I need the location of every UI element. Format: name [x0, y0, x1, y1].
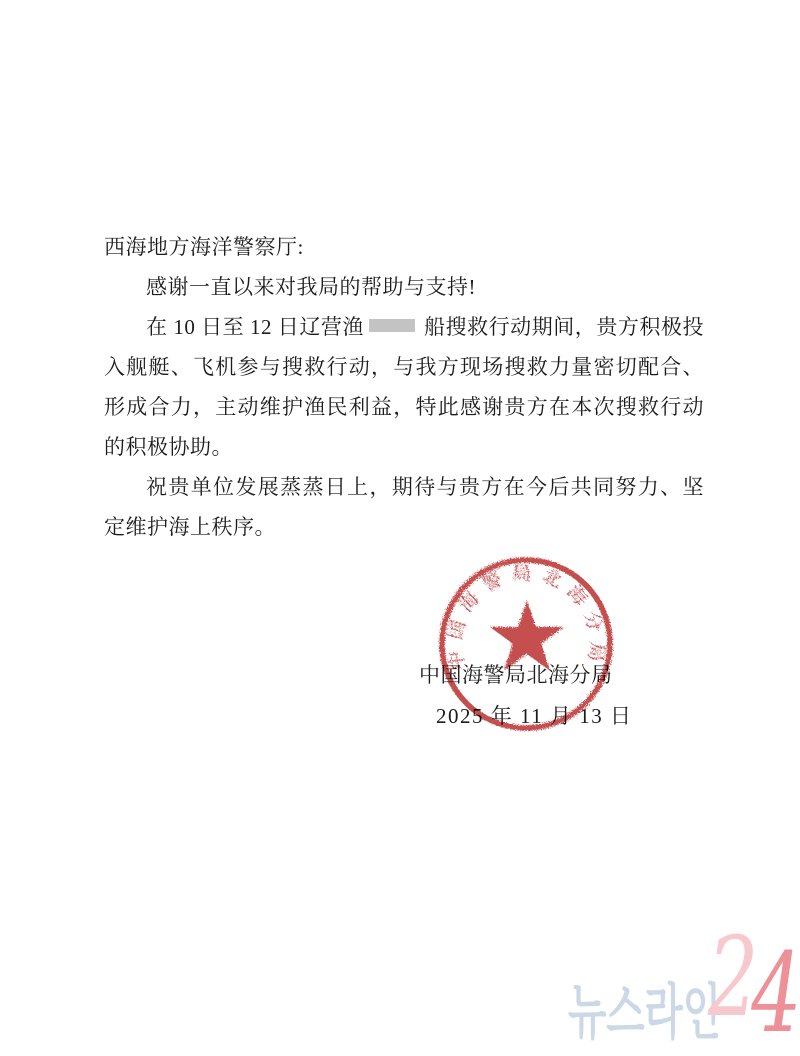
watermark-digit-4: 4	[751, 938, 800, 1048]
watermark-number-24: 24	[708, 922, 800, 1032]
watermark-korean-logo: 뉴스라인	[568, 980, 721, 1046]
recipient-line: 西海地方海洋警察厅:	[104, 227, 704, 267]
paragraph-main: 在 10 日至 12 日辽营渔船搜救行动期间，贵方积极投入舰艇、飞机参与搜救行动…	[104, 307, 704, 467]
paragraph-main-before-redaction: 在 10 日至 12 日辽营渔	[146, 315, 364, 339]
paragraph-thanks: 感谢一直以来对我局的帮助与支持!	[104, 267, 704, 307]
star-icon	[490, 600, 564, 671]
redaction-box	[369, 319, 415, 332]
paragraph-wish: 祝贵单位发展蒸蒸日上，期待与贵方在今后共同努力、坚定维护海上秩序。	[104, 467, 704, 547]
official-seal: 中国海警局北海分局	[415, 538, 640, 753]
letter-page: 西海地方海洋警察厅: 感谢一直以来对我局的帮助与支持! 在 10 日至 12 日…	[0, 0, 800, 1056]
letter-body: 西海地方海洋警察厅: 感谢一直以来对我局的帮助与支持! 在 10 日至 12 日…	[104, 227, 704, 547]
